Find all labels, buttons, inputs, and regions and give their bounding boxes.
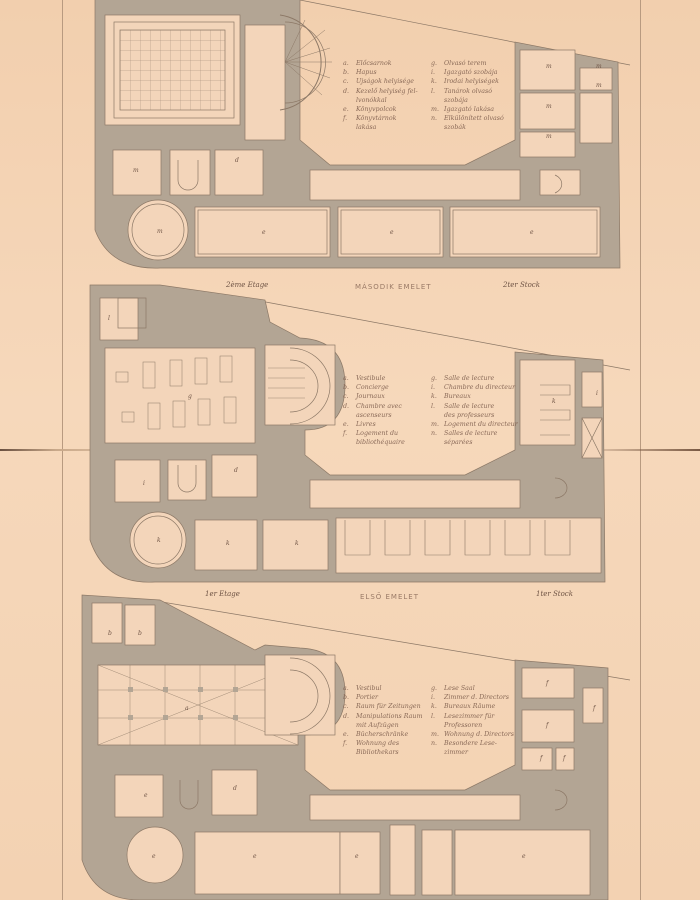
svg-text:m: m [596, 82, 602, 89]
svg-text:l: l [108, 315, 110, 322]
svg-text:d: d [233, 785, 237, 792]
svg-text:e: e [522, 853, 526, 860]
svg-text:m: m [133, 167, 139, 174]
drawing-sheet: mdm eee mmm mm lg idk kkki bba ede eee f… [0, 0, 700, 900]
svg-text:m: m [596, 63, 602, 70]
svg-text:m: m [546, 63, 552, 70]
svg-text:m: m [546, 103, 552, 110]
svg-text:m: m [546, 133, 552, 140]
floor-label-second: MÁSODIK EMELET [355, 283, 432, 291]
label-fr-second-floor: 2ème Etage [226, 281, 268, 289]
svg-text:k: k [295, 540, 299, 547]
svg-text:m: m [157, 228, 163, 235]
legend-second-floor: a.Előcsarnok b.Hapus c.Ujságok helyisége… [343, 59, 533, 139]
svg-text:e: e [390, 229, 394, 236]
svg-text:e: e [144, 792, 148, 799]
svg-text:i: i [143, 480, 145, 487]
svg-text:d: d [234, 467, 238, 474]
svg-text:d: d [235, 157, 239, 164]
svg-text:b: b [138, 630, 142, 637]
svg-text:k: k [157, 537, 161, 544]
svg-text:e: e [530, 229, 534, 236]
svg-text:k: k [226, 540, 230, 547]
svg-text:g: g [188, 393, 192, 400]
svg-text:e: e [355, 853, 359, 860]
svg-text:k: k [552, 398, 556, 405]
svg-text:e: e [262, 229, 266, 236]
label-fr-first-floor: 1er Etage [205, 590, 240, 598]
svg-text:i: i [596, 390, 598, 397]
legend-ground-floor: a.Vestibul b.Portier c.Raum für Zeitunge… [343, 684, 533, 764]
svg-text:e: e [253, 853, 257, 860]
legend-first-floor: a.Vestibule b.Concierge c.Journaux d.Cha… [343, 374, 533, 454]
svg-text:e: e [152, 853, 156, 860]
label-de-first-floor: 1ter Stock [536, 590, 573, 598]
floor-label-first: ELSŐ EMELET [360, 593, 419, 601]
label-de-second-floor: 2ter Stock [503, 281, 540, 289]
svg-text:b: b [108, 630, 112, 637]
svg-text:a: a [185, 705, 189, 712]
